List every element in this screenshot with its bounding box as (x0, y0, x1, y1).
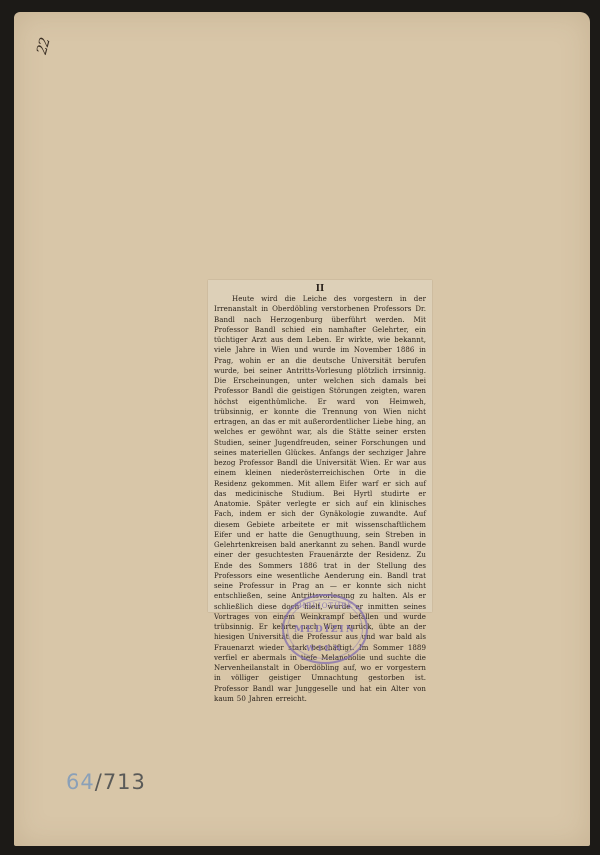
library-stamp: BIBLIOTHEK der MEDIZIN WIEN (282, 594, 368, 664)
inventory-separator: / (95, 770, 103, 794)
stamp-middle-text: MEDIZIN (284, 625, 366, 635)
section-mark: II (214, 284, 426, 294)
newspaper-clipping: II Heute wird die Leiche des vorgestern … (208, 280, 432, 612)
corner-pencil-mark: 22 (34, 37, 54, 56)
inventory-prefix: 64 (66, 770, 95, 794)
stamp-top-text: BIBLIOTHEK (284, 602, 366, 610)
inventory-number: 64/713 (66, 770, 146, 794)
inventory-suffix: 713 (103, 770, 146, 794)
stamp-der-text: der (284, 616, 366, 622)
stamp-bottom-text: WIEN (284, 643, 366, 653)
